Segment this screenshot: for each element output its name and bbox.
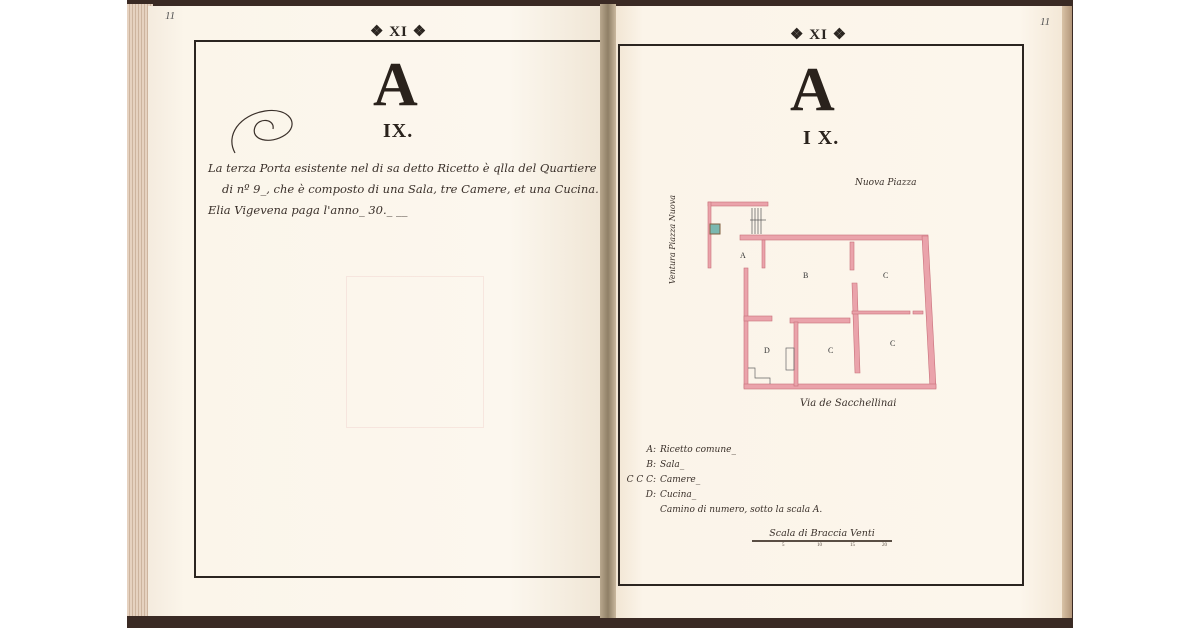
ornament-icon: ❖ — [413, 24, 427, 40]
scale-bar: Scala di Braccia Venti 5 10 15 20 — [752, 528, 892, 552]
page-edges — [1062, 6, 1072, 618]
room-label-c: C — [828, 346, 833, 355]
scale-ticks: 5 10 15 20 — [752, 542, 892, 552]
ornament-icon: ❖ — [833, 27, 847, 43]
left-big-letter: A — [373, 50, 418, 121]
room-label-c: C — [890, 339, 895, 348]
legend-row: D:Cucina_ — [622, 488, 822, 503]
bleed-through-plan — [346, 276, 484, 428]
street-label-top: Nuova Piazza — [855, 178, 917, 188]
ornament-icon: ❖ — [370, 24, 384, 40]
right-big-letter: A — [790, 55, 835, 126]
right-page-header: ❖ XI ❖ — [790, 25, 847, 44]
room-label-d: D — [764, 346, 770, 355]
street-label-side: Ventura Piazza Nuova — [668, 195, 677, 284]
calligraphic-flourish-icon — [225, 105, 305, 155]
plan-legend: A:Ricetto comune_ B:Sala_ C C C:Camere_ … — [622, 443, 822, 518]
right-roman-numeral: I X. — [803, 127, 839, 150]
room-label-b: B — [803, 271, 808, 280]
left-roman-numeral: IX. — [383, 120, 413, 143]
legend-row: B:Sala_ — [622, 458, 822, 473]
left-page-header: ❖ XI ❖ — [370, 22, 427, 41]
description-line: La terza Porta esistente nel di sa detto… — [208, 158, 603, 179]
book-gutter — [600, 4, 616, 618]
floor-plan: A B C C C D — [700, 198, 940, 398]
left-page-description: La terza Porta esistente nel di sa detto… — [208, 158, 603, 221]
description-line: di nº 9_, che è composto di una Sala, tr… — [208, 179, 603, 200]
ornament-icon: ❖ — [790, 27, 804, 43]
room-label-c: C — [883, 271, 888, 280]
legend-row: A:Ricetto comune_ — [622, 443, 822, 458]
legend-row: Camino di numero, sotto la scala A. — [622, 503, 822, 518]
room-label-a: A — [740, 251, 746, 260]
right-folio-number: 11 — [1040, 16, 1050, 28]
description-line: Elia Vigevena paga l'anno_ 30._ __ — [208, 200, 603, 221]
street-label-bottom: Via de Sacchellinai — [800, 398, 896, 409]
left-folio-number: 11 — [165, 10, 175, 22]
legend-row: C C C:Camere_ — [622, 473, 822, 488]
scale-label: Scala di Braccia Venti — [752, 528, 892, 539]
